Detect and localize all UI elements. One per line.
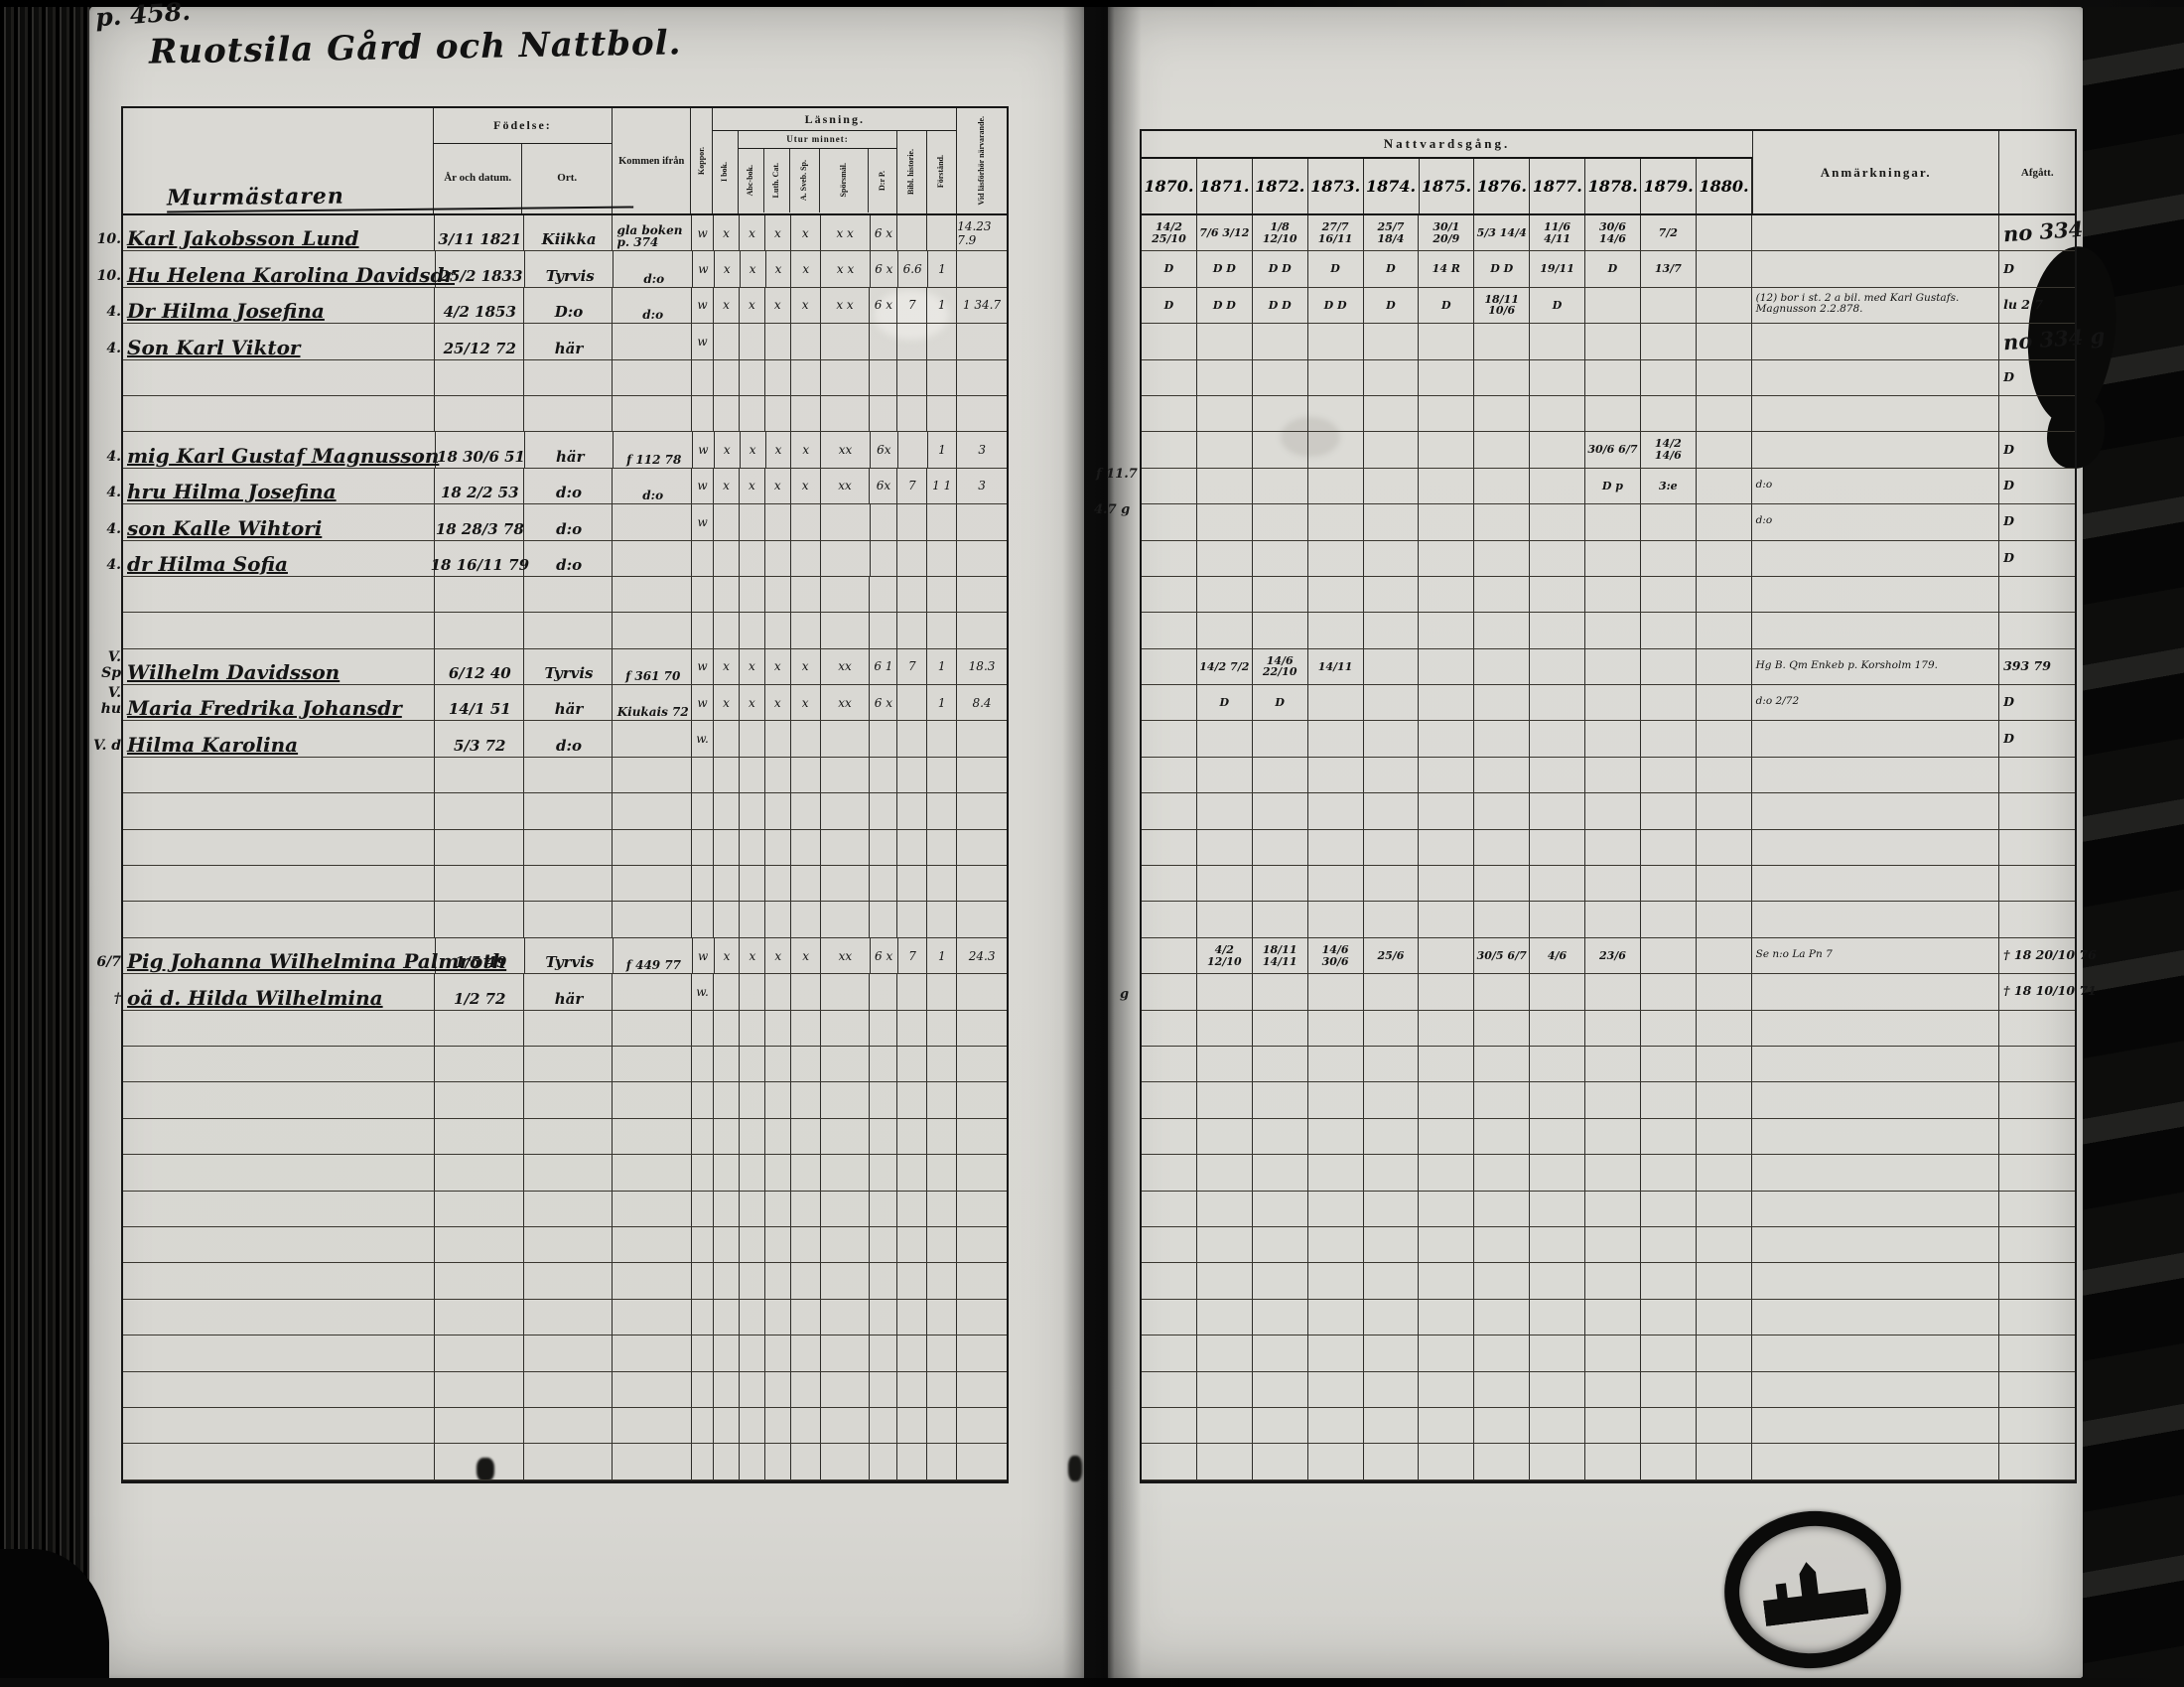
cell-communion: 25/6 <box>1364 938 1420 973</box>
cell-departed: lu 2 7 <box>1999 288 2075 323</box>
cell-communion <box>1530 1300 1585 1335</box>
cell-communion <box>1641 613 1697 647</box>
by-heart-header: Utur minnet: <box>739 131 896 149</box>
cell-doctor-p <box>870 758 897 792</box>
cell-come-from <box>613 577 692 612</box>
person-name: son Kalle Wihtori <box>127 518 322 538</box>
cell-doctor-p: 6 x <box>870 288 897 323</box>
cell-communion <box>1197 1011 1253 1046</box>
cell-exam-attendance <box>957 1263 1007 1298</box>
cell-communion <box>1253 541 1308 576</box>
cell-questions <box>821 1227 871 1262</box>
cell-abc-book <box>740 324 765 358</box>
cell-birth-place <box>524 902 614 936</box>
record-row-left: 10.Hu Helena Karolina Davidsdr25/2 1833T… <box>123 251 1007 287</box>
cell-communion <box>1697 324 1752 358</box>
cell-communion: 30/6 6/7 <box>1585 432 1641 467</box>
cell-abc-book <box>740 830 765 865</box>
cell-communion <box>1197 902 1253 936</box>
person-name: Maria Fredrika Johansdr <box>127 698 402 718</box>
cell-remark: Se n:o La Pn 7 <box>1752 938 1999 973</box>
cell-communion <box>1530 1192 1585 1226</box>
cell-communion <box>1641 360 1697 395</box>
cell-comprehension <box>927 1408 957 1443</box>
cell-abc-book <box>740 504 765 539</box>
cell-birth-place <box>524 830 614 865</box>
cell-communion <box>1419 1444 1474 1478</box>
cell-communion <box>1142 541 1197 576</box>
cell-abc-book: x <box>740 649 765 684</box>
cell-birth-place: Kiikka <box>524 215 614 250</box>
cell-questions <box>821 577 871 612</box>
cell-communion <box>1142 324 1197 358</box>
cell-communion <box>1474 1263 1530 1298</box>
cell-communion <box>1585 324 1641 358</box>
cell-communion: 14/6 30/6 <box>1308 938 1364 973</box>
cell-reads-in-book: x <box>715 251 741 286</box>
cell-communion <box>1142 1408 1197 1443</box>
svebilius-header: A. Sveb. Sp. <box>790 149 820 212</box>
cell-svebilius <box>791 793 821 828</box>
cell-communion <box>1530 432 1585 467</box>
cell-communion <box>1474 360 1530 395</box>
cell-communion <box>1474 504 1530 539</box>
cell-birth-date: 14/1 51 <box>435 685 524 720</box>
cell-communion: D D <box>1474 251 1530 286</box>
gutter-scribble: 4.7 g <box>1094 502 1130 517</box>
cell-remark: Hg B. Qm Enkeb p. Korsholm 179. <box>1752 649 1999 684</box>
cell-communion <box>1419 613 1474 647</box>
cell-bible-history: 7 <box>897 288 927 323</box>
cell-communion <box>1641 974 1697 1009</box>
cell-communion <box>1697 1155 1752 1190</box>
book-left-edge <box>0 0 91 1687</box>
cell-communion <box>1697 360 1752 395</box>
cell-communion <box>1474 324 1530 358</box>
cell-departed <box>1999 902 2075 936</box>
household-number: † <box>89 991 121 1007</box>
cell-catechism: x <box>765 649 791 684</box>
cell-departed: D <box>1999 685 2075 720</box>
cell-communion <box>1253 432 1308 467</box>
cell-come-from: d:o <box>614 251 693 286</box>
cell-communion <box>1308 902 1364 936</box>
cell-communion <box>1530 721 1585 756</box>
cell-communion <box>1197 1408 1253 1443</box>
cell-communion <box>1419 396 1474 431</box>
cell-abc-book: x <box>741 251 766 286</box>
cell-svebilius: x <box>791 288 821 323</box>
cell-birth-place <box>524 1372 614 1407</box>
cell-comprehension <box>927 396 957 431</box>
cell-birth-date: 18 30/6 51 <box>436 432 525 467</box>
cell-communion <box>1253 1336 1308 1370</box>
cell-remark <box>1752 1047 1999 1081</box>
record-row-left <box>123 1119 1007 1155</box>
cell-come-from <box>613 396 692 431</box>
cell-abc-book <box>740 1444 765 1478</box>
cell-communion <box>1641 1444 1697 1478</box>
cell-questions <box>821 360 871 395</box>
cell-communion <box>1197 793 1253 828</box>
cell-name: Wilhelm Davidsson <box>123 649 435 684</box>
household-number: V. hu <box>89 685 121 717</box>
cell-departed: D <box>1999 541 2075 576</box>
record-row-left <box>123 902 1007 937</box>
cell-vaccination <box>692 1372 714 1407</box>
cell-exam-attendance <box>957 1047 1007 1081</box>
cell-communion <box>1142 1192 1197 1226</box>
cell-birth-place <box>524 613 614 647</box>
cell-svebilius <box>791 1336 821 1370</box>
cell-birth-place: här <box>524 685 614 720</box>
cell-communion <box>1308 974 1364 1009</box>
cell-svebilius: x <box>791 649 821 684</box>
cell-communion <box>1530 541 1585 576</box>
cell-catechism <box>765 1444 791 1478</box>
cell-communion <box>1364 1082 1420 1117</box>
cell-birth-date <box>435 758 524 792</box>
cell-communion <box>1253 1372 1308 1407</box>
cell-communion <box>1697 541 1752 576</box>
cell-abc-book <box>740 1263 765 1298</box>
cell-communion <box>1364 1192 1420 1226</box>
cell-communion <box>1530 1444 1585 1478</box>
cell-birth-date: 25/12 72 <box>435 324 524 358</box>
cell-comprehension <box>927 758 957 792</box>
cell-communion <box>1419 1372 1474 1407</box>
cell-bible-history: 7 <box>898 938 928 973</box>
cell-catechism <box>765 1300 791 1335</box>
cell-communion <box>1530 649 1585 684</box>
cell-communion <box>1253 1155 1308 1190</box>
cell-come-from <box>613 1192 692 1226</box>
cell-birth-place <box>524 1155 614 1190</box>
cell-come-from: d:o <box>613 469 692 503</box>
cell-comprehension <box>927 974 957 1009</box>
cell-doctor-p <box>870 613 897 647</box>
cell-svebilius <box>791 902 821 936</box>
cell-communion <box>1474 613 1530 647</box>
cell-catechism <box>765 1336 791 1370</box>
cell-communion <box>1308 396 1364 431</box>
cell-doctor-p <box>871 541 898 576</box>
cell-name: Hu Helena Karolina Davidsdr <box>123 251 436 286</box>
cell-birth-date <box>435 1119 524 1154</box>
cell-doctor-p: 6 x <box>871 938 898 973</box>
cell-doctor-p <box>870 866 897 901</box>
cell-come-from <box>613 1047 692 1081</box>
record-row-left <box>123 1263 1007 1299</box>
cell-communion: D <box>1142 288 1197 323</box>
cell-communion <box>1419 504 1474 539</box>
cell-reads-in-book <box>714 1192 740 1226</box>
cell-communion <box>1474 1119 1530 1154</box>
cell-questions: x x <box>821 288 871 323</box>
record-row-right: D p3:ed:oD <box>1142 469 2075 504</box>
cell-remark <box>1752 1082 1999 1117</box>
record-row-left <box>123 1047 1007 1082</box>
cell-comprehension <box>927 721 957 756</box>
cell-communion: D <box>1197 685 1253 720</box>
cell-come-from <box>613 613 692 647</box>
cell-birth-date: 4/2 1853 <box>435 288 524 323</box>
record-row-right <box>1142 1227 2075 1263</box>
cell-questions: x x <box>821 251 871 286</box>
cell-communion <box>1253 360 1308 395</box>
cell-abc-book: x <box>740 938 765 973</box>
cell-vaccination <box>692 830 714 865</box>
comprehension-header: Förstånd. <box>927 131 957 213</box>
cell-catechism: x <box>765 469 791 503</box>
cell-communion <box>1253 1300 1308 1335</box>
cell-communion <box>1641 830 1697 865</box>
cell-communion <box>1364 793 1420 828</box>
cell-exam-attendance <box>957 1082 1007 1117</box>
cell-communion <box>1308 793 1364 828</box>
cell-vaccination <box>692 866 714 901</box>
cell-catechism <box>765 1192 791 1226</box>
cell-communion <box>1253 793 1308 828</box>
cell-communion <box>1308 866 1364 901</box>
cell-communion <box>1697 432 1752 467</box>
cell-communion <box>1585 721 1641 756</box>
year-header: 1874. <box>1364 159 1420 213</box>
cell-communion <box>1585 288 1641 323</box>
cell-communion <box>1585 793 1641 828</box>
cell-communion <box>1142 685 1197 720</box>
record-row-right <box>1142 1155 2075 1191</box>
cell-questions <box>821 1444 871 1478</box>
cell-communion <box>1474 649 1530 684</box>
cell-communion <box>1419 1047 1474 1081</box>
record-row-left: 4.son Kalle Wihtori18 28/3 78d:ow <box>123 504 1007 540</box>
cell-vaccination <box>692 1155 714 1190</box>
cell-communion <box>1474 396 1530 431</box>
cell-communion <box>1253 866 1308 901</box>
cell-departed <box>1999 1372 2075 1407</box>
cell-exam-attendance <box>957 793 1007 828</box>
cell-communion: 14/2 25/10 <box>1142 215 1197 250</box>
cell-communion <box>1197 1227 1253 1262</box>
record-row-right <box>1142 1300 2075 1336</box>
year-header: 1877. <box>1530 159 1585 213</box>
reading-column-group: Läsning. I bok. Utur minnet: Abc-bok. Lu… <box>713 108 957 213</box>
cell-catechism <box>765 793 791 828</box>
cell-communion: 14/2 14/6 <box>1641 432 1697 467</box>
cell-remark <box>1752 1336 1999 1370</box>
record-row-left <box>123 1408 1007 1444</box>
cell-name <box>123 1011 435 1046</box>
cell-communion <box>1697 974 1752 1009</box>
cell-communion <box>1364 866 1420 901</box>
cell-communion <box>1364 1372 1420 1407</box>
cell-communion <box>1697 649 1752 684</box>
cell-bible-history <box>897 974 927 1009</box>
gutter-scribble: f 11.7 <box>1096 467 1138 482</box>
cell-communion <box>1697 1119 1752 1154</box>
cell-reads-in-book <box>714 1300 740 1335</box>
cell-birth-place <box>524 1192 614 1226</box>
cell-birth-date <box>435 613 524 647</box>
cell-communion <box>1530 685 1585 720</box>
cell-comprehension <box>927 1047 957 1081</box>
cell-doctor-p <box>870 793 897 828</box>
cell-communion <box>1142 1047 1197 1081</box>
cell-doctor-p: 6 1 <box>870 649 897 684</box>
cell-communion <box>1585 1119 1641 1154</box>
cell-exam-attendance <box>957 1119 1007 1154</box>
cell-communion <box>1419 866 1474 901</box>
record-row-right <box>1142 1444 2075 1479</box>
cell-communion <box>1474 1047 1530 1081</box>
cell-communion <box>1364 504 1420 539</box>
left-table: Födelse: År och datum. Ort. Kommen ifrån… <box>121 106 1009 1483</box>
cell-abc-book <box>740 1336 765 1370</box>
cell-reads-in-book <box>714 613 740 647</box>
cell-communion <box>1697 1047 1752 1081</box>
cell-communion <box>1474 1192 1530 1226</box>
cell-questions <box>821 541 871 576</box>
record-row-right: DD DD DD DDD18/11 10/6D(12) bor i st. 2 … <box>1142 288 2075 324</box>
reads-in-book-label: I bok. <box>721 162 729 182</box>
cell-svebilius <box>791 360 821 395</box>
cell-communion: D <box>1308 251 1364 286</box>
cell-communion: 4/6 <box>1530 938 1585 973</box>
cell-come-from: d:o <box>613 288 692 323</box>
cell-communion: D p <box>1585 469 1641 503</box>
cell-bible-history <box>897 1192 927 1226</box>
cell-birth-date <box>435 1227 524 1262</box>
cell-reads-in-book: x <box>714 215 740 250</box>
cell-name: mig Karl Gustaf Magnusson <box>123 432 436 467</box>
cell-reads-in-book: x <box>714 685 740 720</box>
cell-communion <box>1197 1300 1253 1335</box>
cell-come-from <box>613 793 692 828</box>
cell-communion: 1/8 12/10 <box>1253 215 1308 250</box>
cell-remark <box>1752 1263 1999 1298</box>
cell-communion <box>1530 577 1585 612</box>
cell-remark <box>1752 1155 1999 1190</box>
cell-departed <box>1999 1155 2075 1190</box>
cell-communion <box>1697 830 1752 865</box>
book-right-edge <box>2083 0 2184 1687</box>
cell-doctor-p <box>870 360 897 395</box>
cell-communion <box>1364 830 1420 865</box>
cell-comprehension <box>927 1372 957 1407</box>
cell-communion <box>1364 974 1420 1009</box>
cell-birth-place <box>524 577 614 612</box>
cell-communion <box>1253 1192 1308 1226</box>
cell-communion <box>1308 469 1364 503</box>
cell-communion <box>1641 902 1697 936</box>
cell-communion <box>1585 1155 1641 1190</box>
cell-bible-history <box>897 1227 927 1262</box>
record-row-right <box>1142 866 2075 902</box>
cell-name: Dr Hilma Josefina <box>123 288 435 323</box>
cell-communion <box>1474 721 1530 756</box>
cell-communion: D <box>1364 288 1420 323</box>
cell-name <box>123 396 435 431</box>
cell-communion <box>1364 613 1420 647</box>
cell-reads-in-book: x <box>714 288 740 323</box>
cell-communion <box>1142 1119 1197 1154</box>
record-row-right <box>1142 1263 2075 1299</box>
cell-departed <box>1999 830 2075 865</box>
departed-header: Afgått. <box>1999 131 2075 213</box>
cell-comprehension <box>927 1227 957 1262</box>
cell-communion <box>1585 1263 1641 1298</box>
cell-communion <box>1197 1155 1253 1190</box>
cell-birth-date <box>435 360 524 395</box>
cell-exam-attendance: 24.3 <box>957 938 1007 973</box>
cell-birth-place: Tyrvis <box>525 938 614 973</box>
cell-abc-book <box>740 1155 765 1190</box>
cell-remark <box>1752 1408 1999 1443</box>
cell-come-from: f 449 77 <box>614 938 693 973</box>
cell-communion <box>1585 360 1641 395</box>
cell-communion <box>1474 758 1530 792</box>
cell-birth-date <box>435 866 524 901</box>
cell-birth-date <box>435 396 524 431</box>
vaccination-label: Koppor. <box>698 147 706 175</box>
cell-birth-place <box>524 396 614 431</box>
cell-come-from: Kiukais 72 <box>613 685 692 720</box>
record-row-left: V. huMaria Fredrika Johansdr14/1 51härKi… <box>123 685 1007 721</box>
cell-birth-place: D:o <box>524 288 614 323</box>
cell-doctor-p <box>870 1227 897 1262</box>
cell-communion: 14 R <box>1419 251 1474 286</box>
cell-svebilius <box>791 1263 821 1298</box>
cell-name <box>123 1192 435 1226</box>
record-row-left <box>123 866 1007 902</box>
cell-communion: 14/6 22/10 <box>1253 649 1308 684</box>
cell-come-from <box>613 1082 692 1117</box>
svebilius-label: A. Sveb. Sp. <box>800 160 808 201</box>
cell-communion <box>1585 1082 1641 1117</box>
record-row-left: 4.dr Hilma Sofia18 16/11 79d:o <box>123 541 1007 577</box>
cell-departed <box>1999 1119 2075 1154</box>
cell-doctor-p <box>870 721 897 756</box>
cell-departed: † 18 20/10 76 <box>1999 938 2075 973</box>
cell-birth-date <box>435 1047 524 1081</box>
record-row-left: V. SpWilhelm Davidsson6/12 40Tyrvisf 361… <box>123 649 1007 685</box>
record-row-left: 4.hru Hilma Josefina18 2/2 53d:od:owxxxx… <box>123 469 1007 504</box>
cell-communion <box>1530 360 1585 395</box>
cell-communion: 19/11 <box>1530 251 1585 286</box>
cell-bible-history <box>897 1011 927 1046</box>
cell-doctor-p: 6 x <box>871 215 898 250</box>
cell-communion <box>1419 1011 1474 1046</box>
cell-questions <box>821 758 871 792</box>
cell-communion: 11/6 4/11 <box>1530 215 1585 250</box>
cell-communion: 25/7 18/4 <box>1364 215 1420 250</box>
cell-communion: D D <box>1197 288 1253 323</box>
cell-reads-in-book <box>714 1263 740 1298</box>
cell-come-from: gla boken p. 374 <box>613 215 692 250</box>
cell-catechism <box>765 1372 791 1407</box>
cell-departed <box>1999 758 2075 792</box>
record-row-left <box>123 1300 1007 1336</box>
cell-communion <box>1530 974 1585 1009</box>
cell-remark <box>1752 1011 1999 1046</box>
cell-departed: † 18 10/10 71 <box>1999 974 2075 1009</box>
cell-name <box>123 1372 435 1407</box>
cell-communion <box>1585 396 1641 431</box>
household-number: V. d <box>89 738 121 754</box>
cell-comprehension: 1 <box>927 288 957 323</box>
household-number: 4. <box>89 521 121 537</box>
